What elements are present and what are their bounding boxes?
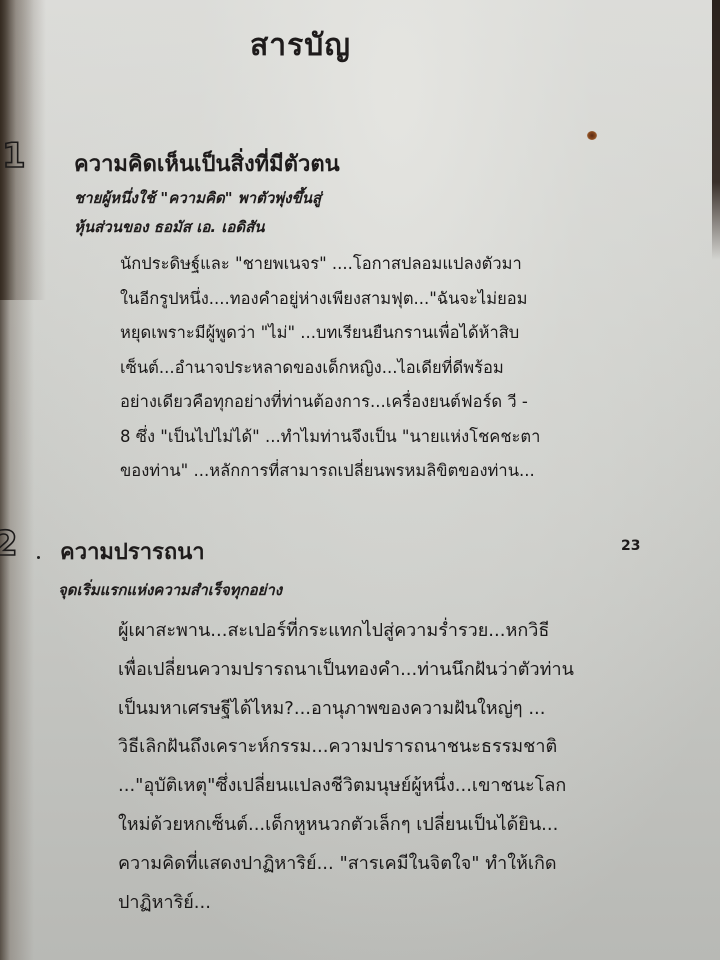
- summary-line: ความคิดที่แสดงปาฏิหาริย์... "สารเคมีในจิ…: [118, 845, 574, 884]
- summary-line: อย่างเดียวคือทุกอย่างที่ท่านต้องการ...เค…: [120, 385, 540, 420]
- chapter-number: 1: [2, 136, 26, 176]
- summary-line: เป็นมหาเศรษฐีได้ไหม?...อานุภาพของความฝัน…: [118, 690, 574, 729]
- summary-line: ใหม่ด้วยหกเซ็นต์...เด็กหูหนวกตัวเล็กๆ เป…: [118, 806, 574, 845]
- page-number: 23: [621, 538, 640, 554]
- book-page: สารบัญ 1 ความคิดเห็นเป็นสิ่งที่มีตัวตน ช…: [0, 0, 720, 960]
- page-title: สารบัญ: [250, 22, 351, 69]
- summary-line: หยุดเพราะมีผู้พูดว่า "ไม่" ...บทเรียนยืน…: [120, 316, 540, 351]
- chapter-title: ความปรารถนา: [60, 534, 205, 569]
- summary-line: เพื่อเปลี่ยนความปรารถนาเป็นทองคำ...ท่านน…: [118, 651, 574, 690]
- chapter-subtitle: จุดเริ่มแรกแห่งความสำเร็จทุกอย่าง: [58, 578, 282, 602]
- chapter-summary: นักประดิษฐ์และ "ชายพเนจร" ....โอกาสปลอมแ…: [120, 247, 540, 489]
- page-edge-shadow: [712, 0, 720, 260]
- summary-line: ของท่าน" ...หลักการที่สามารถเปลี่ยนพรหมล…: [120, 454, 540, 489]
- chapter-summary: ผู้เผาสะพาน...สะเปอร์ที่กระแทกไปสู่ความร…: [118, 612, 574, 922]
- chapter-title: ความคิดเห็นเป็นสิ่งที่มีตัวตน: [74, 146, 340, 181]
- summary-line: 8 ซึ่ง "เป็นไปไม่ได้" ...ทำไมท่านจึงเป็น…: [120, 420, 540, 455]
- summary-line: ในอีกรูปหนึ่ง....ทองคำอยู่ห่างเพียงสามฟุ…: [120, 282, 540, 317]
- summary-line: ผู้เผาสะพาน...สะเปอร์ที่กระแทกไปสู่ความร…: [118, 612, 574, 651]
- dot-mark: [37, 556, 40, 559]
- summary-line: ปาฏิหาริย์...: [118, 884, 574, 923]
- summary-line: เซ็นต์...อำนาจประหลาดของเด็กหญิง...ไอเดี…: [120, 351, 540, 386]
- summary-line: ..."อุบัติเหตุ"ซึ่งเปลี่ยนแปลงชีวิตมนุษย…: [118, 767, 574, 806]
- chapter-subtitle: ชายผู้หนึ่งใช้ "ความคิด" พาตัวพุ่งขึ้นสู…: [74, 186, 321, 210]
- summary-line: วิธีเลิกฝันถึงเคราะห์กรรม...ความปรารถนาช…: [118, 728, 574, 767]
- chapter-subtitle: หุ้นส่วนของ ธอมัส เอ. เอดิสัน: [74, 215, 265, 239]
- chapter-number: 2: [0, 524, 18, 564]
- summary-line: นักประดิษฐ์และ "ชายพเนจร" ....โอกาสปลอมแ…: [120, 247, 540, 282]
- ink-stain-dot: [587, 131, 597, 140]
